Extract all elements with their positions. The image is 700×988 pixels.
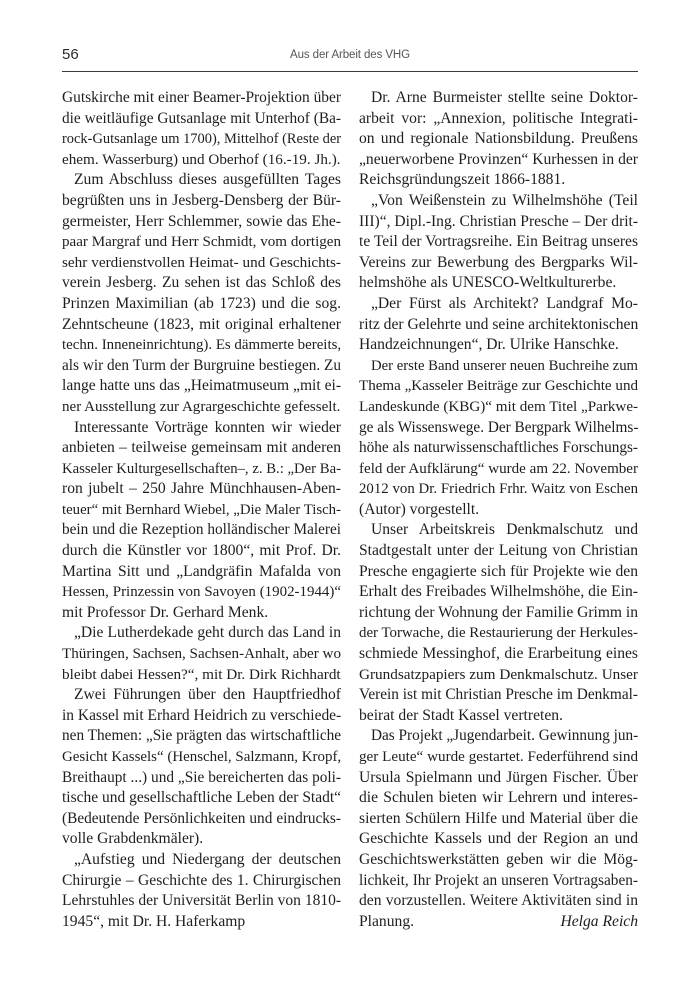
text-line: 1945“, mit Dr. H. Haferkamp <box>62 912 341 933</box>
text-line: den vorzustellen. Weitere Aktivitäten si… <box>359 891 638 912</box>
text-line: on und regionale Nationsbildung. Preußen… <box>359 129 638 150</box>
text-line: lichkeit, Ihr Projekt an unseren Vortrag… <box>359 871 638 892</box>
right-column: Dr. Arne Burmeister stellte seine Doktor… <box>359 88 638 932</box>
text-line: mit Professor Dr. Gerhard Menk. <box>62 603 341 624</box>
text-line: germeister, Herr Schlemmer, sowie das Eh… <box>62 212 341 233</box>
text-line: durch die Künstler vor 1800“, mit Prof. … <box>62 541 341 562</box>
text-line: volle Grabdenkmäler). <box>62 829 341 850</box>
text-line: ge als Wissenswege. Der Bergpark Wilhelm… <box>359 418 638 439</box>
text-line: verein Jesberg. Zu sehen ist das Schloß … <box>62 273 341 294</box>
text-line: Thema „Kasseler Beiträge zur Geschichte … <box>359 376 638 397</box>
text-line: Kasseler Kulturgesellschaften–, z. B.: „… <box>62 459 341 480</box>
text-line: bleibt dabei Hessen?“, mit Dr. Dirk Rich… <box>62 665 341 686</box>
text-line: beirat der Stadt Kassel vertreten. <box>359 706 638 727</box>
text-line: Thüringen, Sachsen, Sachsen-Anhalt, aber… <box>62 644 341 665</box>
text-line: techn. Inneneinrichtung). Es dämmerte be… <box>62 335 341 356</box>
text-line: arbeit vor: „Annexion, politische Integr… <box>359 109 638 130</box>
text-line: Breithaupt ...) und „Sie bereicherten da… <box>62 768 341 789</box>
text-line: Interessante Vorträge konnten wir wieder <box>62 418 341 439</box>
text-line: Geschichte Kassels und der Region an und <box>359 829 638 850</box>
text-line: der Torwache, die Restaurierung der Herk… <box>359 623 638 644</box>
text-line: Vereins zur Bewerbung des Bergparks Wil- <box>359 253 638 274</box>
text-line: Chirurgie – Geschichte des 1. Chirurgisc… <box>62 871 341 892</box>
text-line: anbieten – teilweise gemeinsam mit ander… <box>62 438 341 459</box>
text-line: ron jubelt – 250 Jahre Münchhausen-Aben- <box>62 479 341 500</box>
text-line: Hessen, Prinzessin von Savoyen (1902-194… <box>62 582 341 603</box>
text-line: „Aufstieg und Niedergang der deutschen <box>62 850 341 871</box>
text-line: „Von Weißenstein zu Wilhelmshöhe (Teil <box>359 191 638 212</box>
left-column: Gutskirche mit einer Beamer-Projektion ü… <box>62 88 341 932</box>
text-line: als wir den Turm der Burgruine bestiegen… <box>62 356 341 377</box>
text-line: Geschichtswerkstätten geben wir die Mög- <box>359 850 638 871</box>
text-line: ner Ausstellung zur Agrargeschichte gefe… <box>62 397 341 418</box>
text-line: rock-Gutsanlage um 1700), Mittelhof (Res… <box>62 129 341 150</box>
text-line: (Bedeutende Persönlichkeiten und eindruc… <box>62 809 341 830</box>
text-line: Gesicht Kassels“ (Henschel, Salzmann, Kr… <box>62 747 341 768</box>
text-line: feld der Aufklärung“ wurde am 22. Novemb… <box>359 459 638 480</box>
text-line: Zum Abschluss dieses ausgefüllten Tages <box>62 170 341 191</box>
text-line: bein und die Rezeption holländischer Mal… <box>62 520 341 541</box>
text-line: die weitläufige Gutsanlage mit Unterhof … <box>62 109 341 130</box>
text-line: die Schulen bieten wir Lehrern und inter… <box>359 788 638 809</box>
text-line: teuer“ mit Bernhard Wiebel, „Die Maler T… <box>62 500 341 521</box>
final-text: Planung. <box>359 912 414 933</box>
text-line: „neuerworbene Provinzen“ Kurhessen in de… <box>359 150 638 171</box>
text-line: paar Margraf und Herr Schmidt, vom dorti… <box>62 232 341 253</box>
page-header: 56 Aus der Arbeit des VHG <box>62 46 638 70</box>
text-line: Reichsgründungszeit 1866-1881. <box>359 170 638 191</box>
text-line: Lehrstuhles der Universität Berlin von 1… <box>62 891 341 912</box>
text-line: ehem. Wasserburg) und Oberhof (16.-19. J… <box>62 150 341 171</box>
closing-line: Planung. Helga Reich <box>359 912 638 933</box>
text-line: Dr. Arne Burmeister stellte seine Doktor… <box>359 88 638 109</box>
text-line: Ursula Spielmann und Jürgen Fischer. Übe… <box>359 768 638 789</box>
text-line: richtung der Wohnung der Familie Grimm i… <box>359 603 638 624</box>
text-line: schmiede Messinghof, die Erarbeitung ein… <box>359 644 638 665</box>
text-line: „Der Fürst als Architekt? Landgraf Mo- <box>359 294 638 315</box>
text-line: Martina Sitt und „Landgräfin Mafalda von <box>62 562 341 583</box>
text-line: Verein ist mit Christian Presche im Denk… <box>359 685 638 706</box>
text-line: nen Themen: „Sie prägten das wirtschaftl… <box>62 726 341 747</box>
header-rule <box>62 71 638 72</box>
right-column-lines: Dr. Arne Burmeister stellte seine Doktor… <box>359 88 638 912</box>
text-line: sehr verdienstvollen Heimat- und Geschic… <box>62 253 341 274</box>
text-line: Zehntscheune (1823, mit original erhalte… <box>62 315 341 336</box>
text-line: lange hatte uns das „Heimatmuseum „mit e… <box>62 376 341 397</box>
text-line: ger Leute“ wurde gestartet. Federführend… <box>359 747 638 768</box>
text-line: Presche engagierte sich für Projekte wie… <box>359 562 638 583</box>
text-line: Zwei Führungen über den Hauptfriedhof <box>62 685 341 706</box>
text-line: begrüßten uns in Jesberg-Densberg der Bü… <box>62 191 341 212</box>
text-line: 2012 von Dr. Friedrich Frhr. Waitz von E… <box>359 479 638 500</box>
text-line: sierten Schülern Hilfe und Material über… <box>359 809 638 830</box>
text-line: te Teil der Vortragsreihe. Ein Beitrag u… <box>359 232 638 253</box>
text-line: (Autor) vorgestellt. <box>359 500 638 521</box>
text-line: Gutskirche mit einer Beamer-Projektion ü… <box>62 88 341 109</box>
text-line: Grundsatzpapiers zum Denkmalschutz. Unse… <box>359 665 638 686</box>
text-line: in Kassel mit Erhard Heidrich zu verschi… <box>62 706 341 727</box>
text-line: „Die Lutherdekade geht durch das Land in <box>62 623 341 644</box>
text-line: helmshöhe als UNESCO-Weltkulturerbe. <box>359 273 638 294</box>
text-line: Erhalt des Freibades Wilhelmshöhe, die E… <box>359 582 638 603</box>
author-signature: Helga Reich <box>560 912 638 933</box>
text-line: Unser Arbeitskreis Denkmalschutz und <box>359 520 638 541</box>
text-line: höhe als naturwissenschaftliches Forschu… <box>359 438 638 459</box>
running-title: Aus der Arbeit des VHG <box>62 49 638 61</box>
text-line: Der erste Band unserer neuen Buchreihe z… <box>359 356 638 377</box>
text-line: Prinzen Maximilian (ab 1723) und die sog… <box>62 294 341 315</box>
text-line: Handzeichnungen“, Dr. Ulrike Hanschke. <box>359 335 638 356</box>
text-line: tische und gesellschaftliche Leben der S… <box>62 788 341 809</box>
text-line: Das Projekt „Jugendarbeit. Gewinnung jun… <box>359 726 638 747</box>
text-line: Stadtgestalt unter der Leitung von Chris… <box>359 541 638 562</box>
text-line: Landeskunde (KBG)“ mit dem Titel „Parkwe… <box>359 397 638 418</box>
text-line: III)“, Dipl.-Ing. Christian Presche – De… <box>359 212 638 233</box>
text-line: ritz der Gelehrte und seine architektoni… <box>359 315 638 336</box>
